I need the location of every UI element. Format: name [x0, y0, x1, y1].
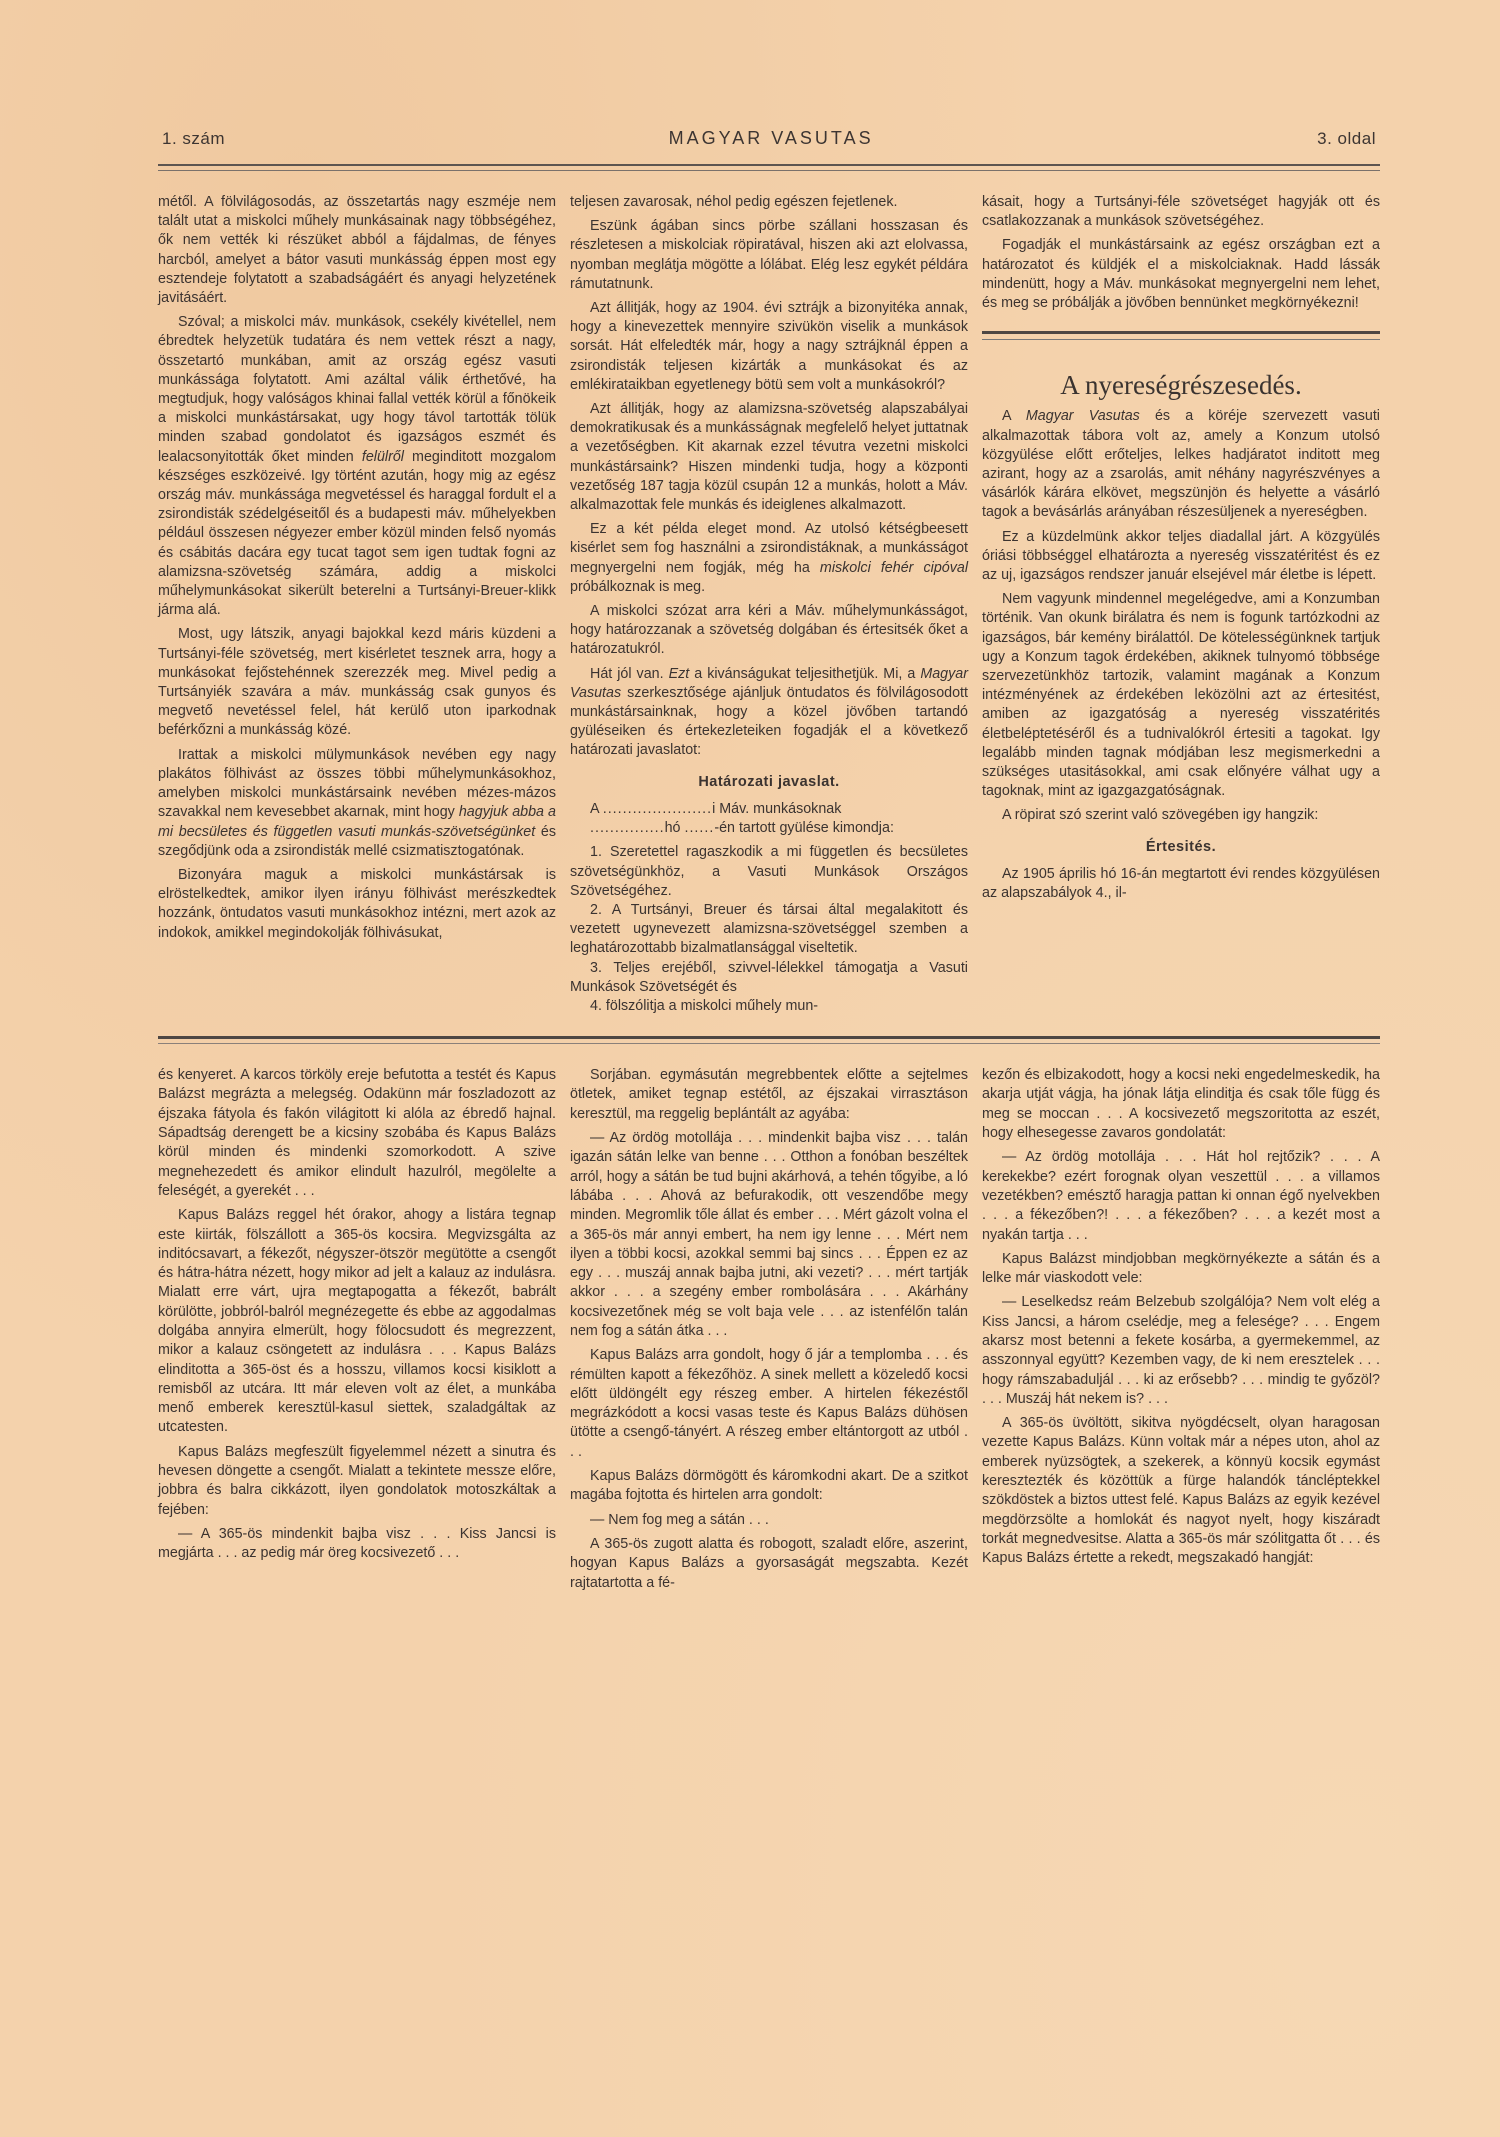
article-title: A nyereségrészesedés.	[982, 376, 1380, 395]
paragraph: teljesen zavarosak, néhol pedig egészen …	[570, 193, 968, 212]
resolution-line-2: ...............hó ......-én tartott gyül…	[570, 819, 968, 838]
paragraph: A Magyar Vasutas és a köréje szervezett …	[982, 407, 1380, 522]
paragraph: Ez a két példa eleget mond. Az utolsó ké…	[570, 520, 968, 597]
paragraph: kásait, hogy a Turtsányi-féle szövetsége…	[982, 193, 1380, 231]
paragraph: Kapus Balázs arra gondolt, hogy ő jár a …	[570, 1346, 968, 1462]
header-rule	[158, 164, 1380, 171]
feuilleton-column-1: és kenyeret. A karcos törköly ereje befu…	[158, 1066, 556, 1593]
paragraph: métől. A fölvilágosodás, az összetartás …	[158, 193, 556, 308]
running-head: 1. szám MAGYAR VASUTAS 3. oldal	[158, 128, 1380, 158]
resolution-item: 4. fölszólitja a miskolci műhely mun-	[570, 997, 968, 1016]
paragraph: Azt állitják, hogy az alamizsna-szövetsé…	[570, 400, 968, 515]
paragraph: — Nem fog meg a sátán . . .	[570, 1511, 968, 1530]
paragraph: Azt állitják, hogy az 1904. évi sztrájk …	[570, 299, 968, 395]
page-number: 3. oldal	[1317, 129, 1376, 149]
blank-month: ...............	[590, 820, 665, 836]
resolution: Határozati javaslat. A .................…	[570, 773, 968, 1016]
paragraph: A 365-ös zugott alatta és robogott, szal…	[570, 1535, 968, 1593]
paragraph: és kenyeret. A karcos törköly ereje befu…	[158, 1066, 556, 1201]
feuilleton-section: és kenyeret. A karcos törköly ereje befu…	[158, 1066, 1380, 1593]
paragraph: Nem vagyunk mindennel megelégedve, ami a…	[982, 590, 1380, 801]
resolution-item: 3. Teljes erejéből, szivvel-lélekkel tám…	[570, 959, 968, 997]
paragraph: Kapus Balázs megfeszült figyelemmel néze…	[158, 1443, 556, 1520]
paragraph: — A 365-ös mindenkit bajba visz . . . Ki…	[158, 1525, 556, 1564]
paragraph: kezőn és elbizakodott, hogy a kocsi neki…	[982, 1066, 1380, 1143]
notice-text: Az 1905 április hó 16-án megtartott évi …	[982, 865, 1380, 903]
paragraph: Kapus Balázst mindjobban megkörnyékezte …	[982, 1250, 1380, 1289]
paragraph: Kapus Balázs reggel hét órakor, ahogy a …	[158, 1206, 556, 1438]
feuilleton-column-2: Sorjában. egymásután megrebbentek előtte…	[570, 1066, 968, 1593]
paragraph: Szóval; a miskolci máv. munkások, csekél…	[158, 313, 556, 620]
paragraph: A röpirat szó szerint való szövegében ig…	[982, 806, 1380, 825]
column-1: métől. A fölvilágosodás, az összetartás …	[158, 193, 556, 1016]
paragraph: Eszünk ágában sincs pörbe szállani hossz…	[570, 217, 968, 294]
paragraph: Bizonyára maguk a miskolci munkástársak …	[158, 866, 556, 943]
notice-heading: Értesités.	[982, 838, 1380, 857]
paragraph: Kapus Balázs dörmögött és káromkodni aka…	[570, 1467, 968, 1506]
newspaper-title: MAGYAR VASUTAS	[669, 128, 874, 149]
newspaper-page: 1. szám MAGYAR VASUTAS 3. oldal métől. A…	[158, 128, 1380, 1593]
paragraph: Irattak a miskolci mülymunkások nevében …	[158, 746, 556, 861]
paragraph: Fogadják el munkástársaink az egész orsz…	[982, 236, 1380, 313]
paragraph: — Az ördög motollája . . . Hát hol rejtő…	[982, 1148, 1380, 1244]
paragraph: — Leselkedsz reám Belzebub szolgálója? N…	[982, 1293, 1380, 1409]
feuilleton-rule	[158, 1036, 1380, 1044]
paragraph: A miskolci szózat arra kéri a Máv. műhel…	[570, 602, 968, 660]
paragraph: Sorjában. egymásután megrebbentek előtte…	[570, 1066, 968, 1124]
blank-place: ......................	[603, 801, 712, 817]
paragraph: Hát jól van. Ezt a kivánságukat teljesit…	[570, 665, 968, 761]
paragraph: A 365-ös üvöltött, sikitva nyögdécselt, …	[982, 1414, 1380, 1568]
resolution-heading: Határozati javaslat.	[570, 773, 968, 792]
blank-day: ......	[684, 820, 714, 836]
resolution-item: 1. Szeretettel ragaszkodik a mi függetle…	[570, 843, 968, 901]
column-3: kásait, hogy a Turtsányi-féle szövetsége…	[982, 193, 1380, 1016]
paragraph: Most, ugy látszik, anyagi bajokkal kezd …	[158, 625, 556, 740]
issue-number: 1. szám	[162, 129, 225, 149]
top-section: métől. A fölvilágosodás, az összetartás …	[158, 193, 1380, 1016]
resolution-item: 2. A Turtsányi, Breuer és társai által m…	[570, 901, 968, 959]
resolution-line-1: A ......................i Máv. munkásokn…	[570, 800, 968, 819]
paragraph: — Az ördög motollája . . . mindenkit baj…	[570, 1129, 968, 1341]
paragraph: Ez a küzdelmünk akkor teljes diadallal j…	[982, 528, 1380, 586]
column-2: teljesen zavarosak, néhol pedig egészen …	[570, 193, 968, 1016]
resolution-items: 1. Szeretettel ragaszkodik a mi függetle…	[570, 843, 968, 1016]
feuilleton-column-3: kezőn és elbizakodott, hogy a kocsi neki…	[982, 1066, 1380, 1593]
article-divider	[982, 331, 1380, 340]
